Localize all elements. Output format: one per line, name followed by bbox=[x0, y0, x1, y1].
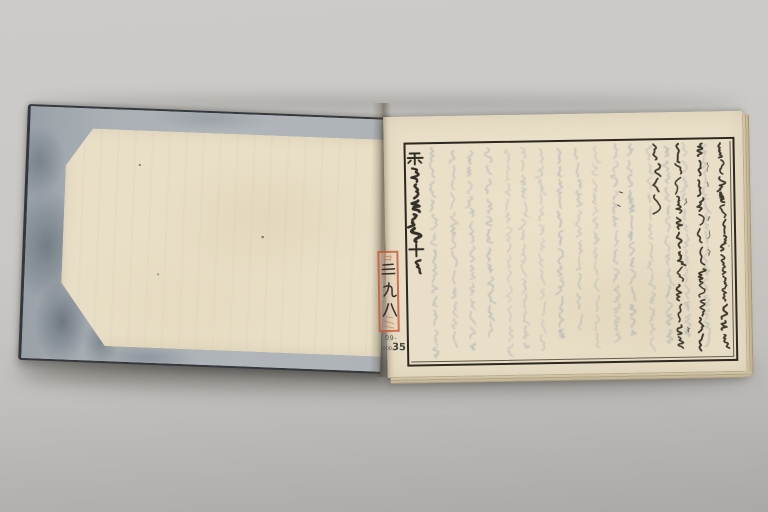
faint-bleedthrough-columns bbox=[429, 142, 713, 357]
volume-number-glyphs bbox=[379, 253, 397, 330]
pencil-note-zeros: 000 bbox=[382, 346, 392, 352]
volume-number-label bbox=[377, 251, 399, 332]
photo-stage: 09- 00035 bbox=[0, 0, 768, 512]
pastedown-paper bbox=[59, 128, 389, 357]
left-page-inside-cover bbox=[18, 104, 390, 374]
pencil-note-line2: 00035 bbox=[369, 342, 406, 354]
calligraphy-columns bbox=[383, 111, 748, 378]
pencil-note-number: 35 bbox=[392, 343, 406, 354]
title-column bbox=[407, 153, 425, 273]
pencil-accession-note: 09- 00035 bbox=[369, 335, 406, 355]
right-text-page: 09- 00035 bbox=[383, 111, 748, 378]
dark-ink-columns bbox=[652, 143, 735, 351]
